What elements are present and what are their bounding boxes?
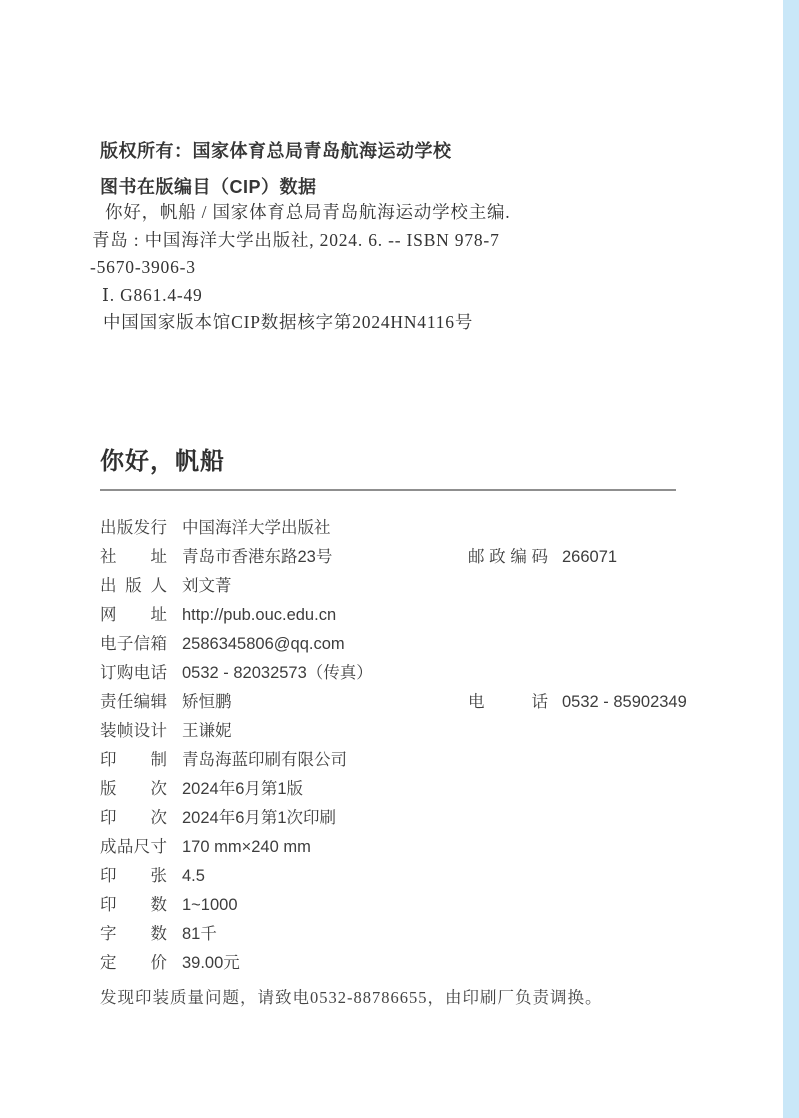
field-label: 邮政编码 <box>468 543 548 572</box>
field-value: 刘文菁 <box>182 577 232 595</box>
field-label: 字数 <box>100 920 167 949</box>
field-value: 0532 - 85902349 <box>562 693 687 711</box>
cip-line: 青岛 : 中国海洋大学出版社, 2024. 6. -- ISBN 978-7 <box>90 227 650 255</box>
colophon-row: 定价39.00元 <box>100 949 700 978</box>
book-title: 你好，帆船 <box>100 441 225 476</box>
field-label: 印数 <box>100 891 167 920</box>
colophon-row: 印制青岛海蓝印刷有限公司 <box>100 746 700 775</box>
colophon-table: 出版发行中国海洋大学出版社社址青岛市香港东路23号邮政编码266071出版人刘文… <box>100 514 700 978</box>
cip-line: Ⅰ. G861.4-49 <box>90 282 650 310</box>
field-value: http://pub.ouc.edu.cn <box>182 606 336 624</box>
field-value: 4.5 <box>182 867 205 885</box>
field-value: 2586345806@qq.com <box>182 635 345 653</box>
field-value: 2024年6月第1版 <box>182 780 303 798</box>
colophon-row: 社址青岛市香港东路23号邮政编码266071 <box>100 543 700 572</box>
copyright-holder-line: 版权所有：国家体育总局青岛航海运动学校 <box>100 137 452 163</box>
field-label: 印张 <box>100 862 167 891</box>
field-label: 印制 <box>100 746 167 775</box>
colophon-row: 网址http://pub.ouc.edu.cn <box>100 601 700 630</box>
field-value: 0532 - 82032573（传真） <box>182 664 373 682</box>
colophon-row: 责任编辑矫恒鹏电话0532 - 85902349 <box>100 688 700 717</box>
field-label: 印次 <box>100 804 167 833</box>
colophon-row: 印数1~1000 <box>100 891 700 920</box>
cip-line: -5670-3906-3 <box>90 254 650 282</box>
right-column: 邮政编码266071 <box>468 543 617 572</box>
field-value: 1~1000 <box>182 896 238 914</box>
copyright-page: 版权所有：国家体育总局青岛航海运动学校 图书在版编目（CIP）数据 你好，帆船 … <box>0 0 799 1118</box>
field-value: 266071 <box>562 548 617 566</box>
colophon-row: 版次2024年6月第1版 <box>100 775 700 804</box>
colophon-row: 电子信箱2586345806@qq.com <box>100 630 700 659</box>
colophon-row: 订购电话0532 - 82032573（传真） <box>100 659 700 688</box>
field-label: 订购电话 <box>100 659 167 688</box>
field-label: 成品尺寸 <box>100 833 167 862</box>
field-value: 170 mm×240 mm <box>182 838 311 856</box>
print-quality-notice: 发现印装质量问题，请致电0532-88786655，由印刷厂负责调换。 <box>100 984 603 1008</box>
field-label: 电子信箱 <box>100 630 167 659</box>
field-value: 39.00元 <box>182 954 240 972</box>
field-label: 定价 <box>100 949 167 978</box>
colophon-row: 印张4.5 <box>100 862 700 891</box>
colophon-row: 装帧设计王谦妮 <box>100 717 700 746</box>
field-value: 81千 <box>182 925 217 943</box>
cip-data-heading: 图书在版编目（CIP）数据 <box>100 173 317 199</box>
horizontal-divider <box>100 489 676 491</box>
cip-data-block: 你好，帆船 / 国家体育总局青岛航海运动学校主编.青岛 : 中国海洋大学出版社,… <box>90 199 650 337</box>
field-label: 出版人 <box>100 572 167 601</box>
field-label: 出版发行 <box>100 514 167 543</box>
field-value: 青岛海蓝印刷有限公司 <box>182 751 347 769</box>
field-value: 矫恒鹏 <box>182 693 232 711</box>
colophon-row: 字数81千 <box>100 920 700 949</box>
colophon-row: 成品尺寸170 mm×240 mm <box>100 833 700 862</box>
field-label: 责任编辑 <box>100 688 167 717</box>
field-value: 2024年6月第1次印刷 <box>182 809 336 827</box>
field-value: 中国海洋大学出版社 <box>182 519 331 537</box>
right-column: 电话0532 - 85902349 <box>468 688 687 717</box>
colophon-row: 出版人刘文菁 <box>100 572 700 601</box>
field-label: 网址 <box>100 601 167 630</box>
field-label: 版次 <box>100 775 167 804</box>
field-label: 社址 <box>100 543 167 572</box>
colophon-row: 印次2024年6月第1次印刷 <box>100 804 700 833</box>
field-label: 电话 <box>468 688 548 717</box>
page-edge-color-strip <box>783 0 799 1118</box>
colophon-row: 出版发行中国海洋大学出版社 <box>100 514 700 543</box>
field-value: 王谦妮 <box>182 722 232 740</box>
field-label: 装帧设计 <box>100 717 167 746</box>
cip-line: 你好，帆船 / 国家体育总局青岛航海运动学校主编. <box>90 199 650 227</box>
field-value: 青岛市香港东路23号 <box>182 548 332 566</box>
cip-line: 中国国家版本馆CIP数据核字第2024HN4116号 <box>90 309 650 337</box>
